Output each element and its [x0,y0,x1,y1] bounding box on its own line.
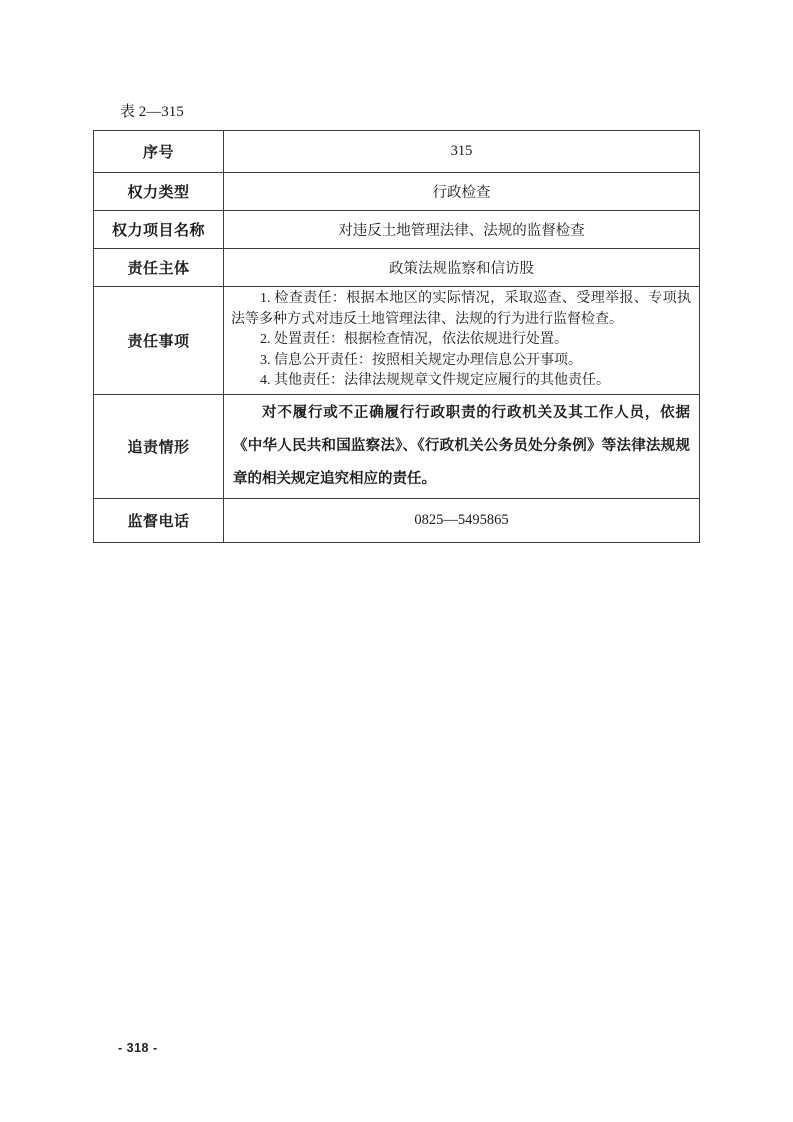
row-label-power-item-name: 权力项目名称 [94,211,224,249]
table-row-responsible-entity: 责任主体 政策法规监察和信访股 [94,249,700,287]
table-row-serial-number: 序号 315 [94,131,700,173]
row-value-serial-number: 315 [224,131,700,173]
row-value-power-item-name: 对违反土地管理法律、法规的监督检查 [224,211,700,249]
row-label-responsibility-items: 责任事项 [94,287,224,395]
document-page: 表 2—315 序号 315 权力类型 行政检查 权力项目名称 对违反土地管理法… [0,0,793,1122]
table-row-supervision-phone: 监督电话 0825—5495865 [94,498,700,542]
table-row-accountability: 追责情形 对不履行或不正确履行行政职责的行政机关及其工作人员，依据《中华人民共和… [94,394,700,498]
row-value-responsible-entity: 政策法规监察和信访股 [224,249,700,287]
row-value-supervision-phone: 0825—5495865 [224,498,700,542]
table-caption: 表 2—315 [120,100,184,121]
row-label-accountability: 追责情形 [94,394,224,498]
row-label-responsible-entity: 责任主体 [94,249,224,287]
table-row-power-item-name: 权力项目名称 对违反土地管理法律、法规的监督检查 [94,211,700,249]
row-value-responsibility-items: 1. 检查责任：根据本地区的实际情况，采取巡查、受理举报、专项执法等多种方式对违… [224,287,700,395]
row-label-power-type: 权力类型 [94,173,224,211]
responsibility-table: 序号 315 权力类型 行政检查 权力项目名称 对违反土地管理法律、法规的监督检… [93,130,700,543]
duty-item-4: 4. 其他责任：法律法规规章文件规定应履行的其他责任。 [231,371,691,392]
row-value-accountability: 对不履行或不正确履行行政职责的行政机关及其工作人员，依据《中华人民共和国监察法》… [224,394,700,498]
duty-item-1: 1. 检查责任：根据本地区的实际情况，采取巡查、受理举报、专项执法等多种方式对违… [231,289,691,330]
row-label-serial-number: 序号 [94,131,224,173]
row-value-power-type: 行政检查 [224,173,700,211]
duty-item-2: 2. 处置责任：根据检查情况，依法依规进行处置。 [231,330,691,351]
row-label-supervision-phone: 监督电话 [94,498,224,542]
page-number: - 318 - [118,1041,158,1055]
duty-item-3: 3. 信息公开责任：按照相关规定办理信息公开事项。 [231,351,691,372]
table-row-responsibility-items: 责任事项 1. 检查责任：根据本地区的实际情况，采取巡查、受理举报、专项执法等多… [94,287,700,395]
table-row-power-type: 权力类型 行政检查 [94,173,700,211]
accountability-paragraph: 对不履行或不正确履行行政职责的行政机关及其工作人员，依据《中华人民共和国监察法》… [233,397,690,496]
